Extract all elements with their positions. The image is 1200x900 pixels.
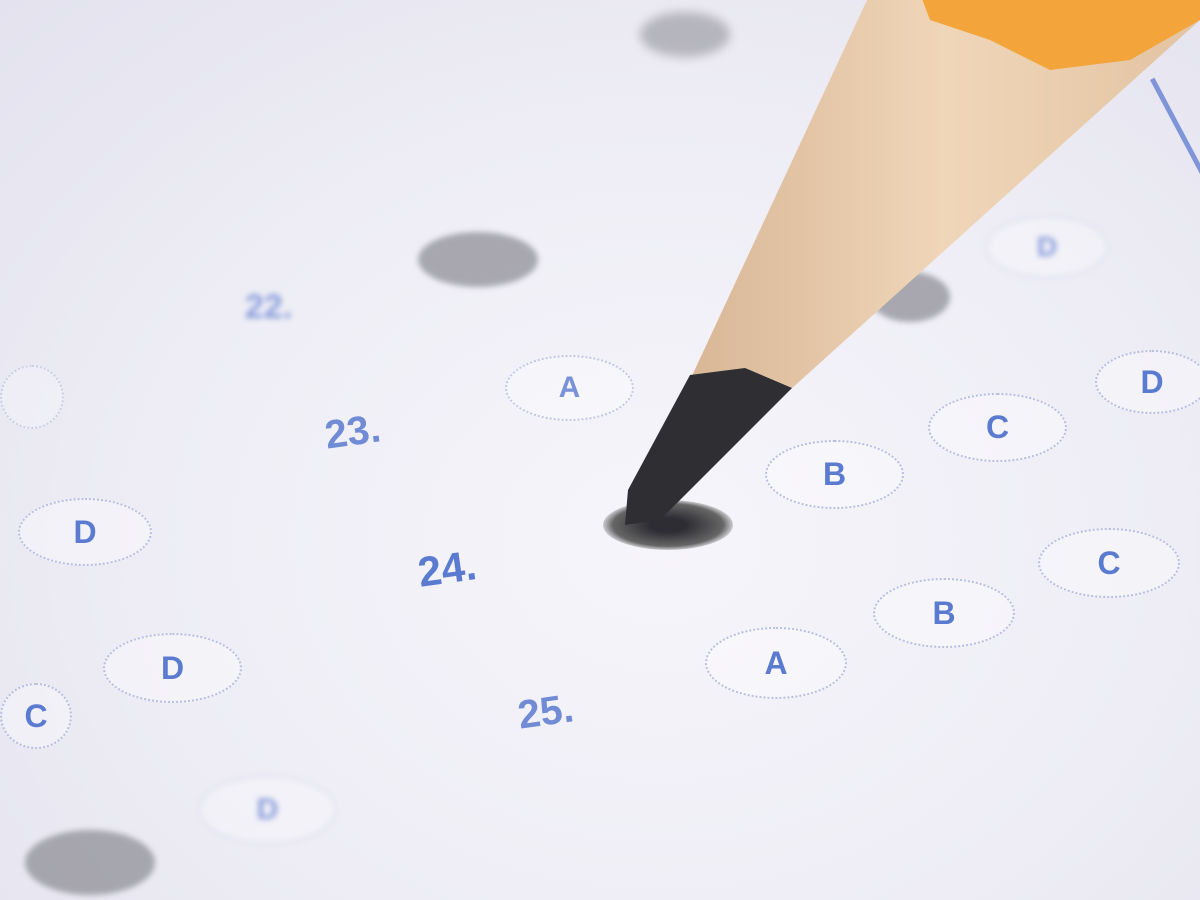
question-number: 22.	[245, 288, 292, 327]
filled-bubble	[418, 232, 538, 287]
bubble-label: D	[161, 650, 184, 687]
pencil	[600, 0, 1200, 560]
question-number: 23.	[322, 406, 383, 458]
question-number: 25.	[515, 686, 576, 738]
bubble-label: D	[257, 793, 279, 827]
answer-bubble[interactable]: D	[198, 775, 337, 845]
answer-bubble[interactable]	[0, 365, 64, 429]
answer-bubble[interactable]: D	[103, 633, 242, 703]
answer-bubble[interactable]: A	[705, 627, 847, 699]
bubble-label: D	[73, 514, 96, 551]
answer-bubble[interactable]: B	[873, 578, 1015, 648]
pencil-graphite-tip	[625, 368, 792, 525]
filled-bubble	[25, 830, 155, 895]
answer-bubble[interactable]: C	[0, 683, 72, 749]
bubble-label: A	[764, 645, 787, 682]
bubble-label: B	[932, 595, 955, 632]
bubble-label: A	[559, 371, 581, 405]
question-number: 24.	[415, 541, 480, 597]
bubble-label: C	[24, 698, 47, 735]
answer-bubble[interactable]: D	[18, 498, 152, 566]
